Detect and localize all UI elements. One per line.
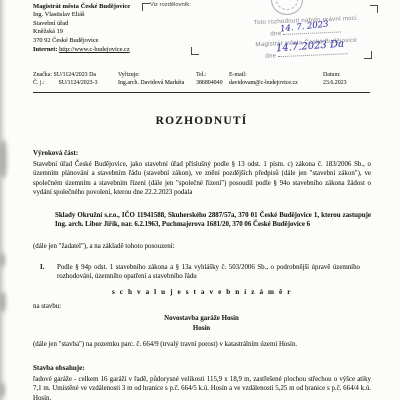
email-label: E-mail: — [229, 71, 298, 79]
cj-label: Č. j.: — [33, 79, 57, 87]
vyrizuje-value: Ing.arch. Davidová Markéta — [118, 79, 184, 87]
distribution-note: Viz rozdělovník: — [150, 2, 191, 8]
ref-datum: Datum: 23.6.2023 — [323, 71, 347, 87]
sender-block: Magistrát města České Budějovice Ing. Vl… — [33, 3, 130, 45]
znacka-label: Značka: — [33, 72, 52, 78]
verdict-item-1: I. Podle § 94p odst. 1 stavebního zákona… — [40, 263, 360, 282]
ref-tel: Tel.: 386804040 — [196, 71, 223, 87]
address-window-corner-mark — [142, 3, 150, 11]
applicant-paragraph: Sklady Okružní s.r.o., IČO 11941588, Sku… — [55, 211, 371, 230]
scan-smudge — [0, 253, 5, 267]
sender-office: Magistrát města České Budějovice — [33, 3, 130, 11]
sender-department: Stavební úřad — [33, 20, 130, 28]
approval-statement: s c h v a l u j e s t a v e b n í z á m … — [33, 288, 370, 297]
address-window-corner-mark — [370, 5, 378, 13]
document-title: ROZHODNUTÍ — [33, 115, 370, 127]
official-seal-inner-ring — [276, 0, 298, 10]
sender-city: 370 92 České Budějovice — [33, 37, 130, 45]
datum-value: 23.6.2023 — [323, 79, 347, 87]
znacka-value: SU/1124/2023 Da — [53, 72, 96, 78]
internet-url: http://www.c-budejovice.cz — [59, 46, 130, 53]
ref-znacka: Značka: SU/1124/2023 Da Č. j.: SU/1124/2… — [33, 71, 98, 87]
official-seal-icon — [271, 0, 303, 15]
scan-smudge — [0, 140, 7, 178]
ref-vyrizuje: Vyřizuje: Ing.arch. Davidová Markéta — [118, 71, 184, 87]
building-description-paragraph: řadové garáže - celkem 16 garáží v řadě,… — [33, 375, 371, 400]
ref-email: E-mail: davidovam@c-budejovice.cz — [229, 71, 298, 87]
scan-edge-shadow — [0, 0, 7, 400]
item-number: I. — [40, 263, 57, 282]
sender-person: Ing. Vlastislav Eliáš — [33, 11, 130, 19]
header-divider — [33, 92, 370, 93]
internet-line: Internet: http://www.c-budejovice.cz — [33, 46, 130, 53]
sender-street: Kněžská 19 — [33, 28, 130, 36]
scan-smudge — [0, 292, 6, 312]
tel-label: Tel.: — [196, 71, 223, 79]
na-stavbu-label: na stavbu: — [33, 302, 371, 311]
cj-value: SU/1124/2023-3 — [58, 80, 97, 86]
intro-paragraph: Stavební úřad České Budějovice, jako sta… — [33, 160, 371, 197]
tel-value: 386804040 — [196, 79, 223, 87]
legal-force-stamp: Toto rozhodnutí nabylo právní moci dne M… — [235, 13, 377, 63]
scan-smudge — [0, 383, 5, 397]
project-name: Novostavba garáže Hosín — [33, 314, 370, 323]
item-text: Podle § 94p odst. 1 stavebního zákona a … — [57, 263, 360, 282]
stavba-obsahuje-heading: Stavba obsahuje: — [33, 364, 85, 372]
project-location: Hosín — [33, 324, 370, 333]
vyrokova-heading: Výroková část: — [33, 149, 78, 157]
datum-label: Datum: — [323, 71, 347, 79]
vyrizuje-label: Vyřizuje: — [118, 71, 184, 79]
scanned-decision-document: { "sender": { "office": "Magistrát města… — [0, 0, 400, 400]
internet-label: Internet: — [33, 46, 58, 53]
email-value: davidovam@c-budejovice.cz — [229, 79, 298, 87]
address-window-corner-mark — [191, 47, 199, 55]
stavba-paragraph: (dále jen "stavba") na pozemku parc. č. … — [33, 340, 371, 349]
zadatel-paragraph: (dále jen "žadatel"), a na základě tohot… — [33, 242, 371, 251]
